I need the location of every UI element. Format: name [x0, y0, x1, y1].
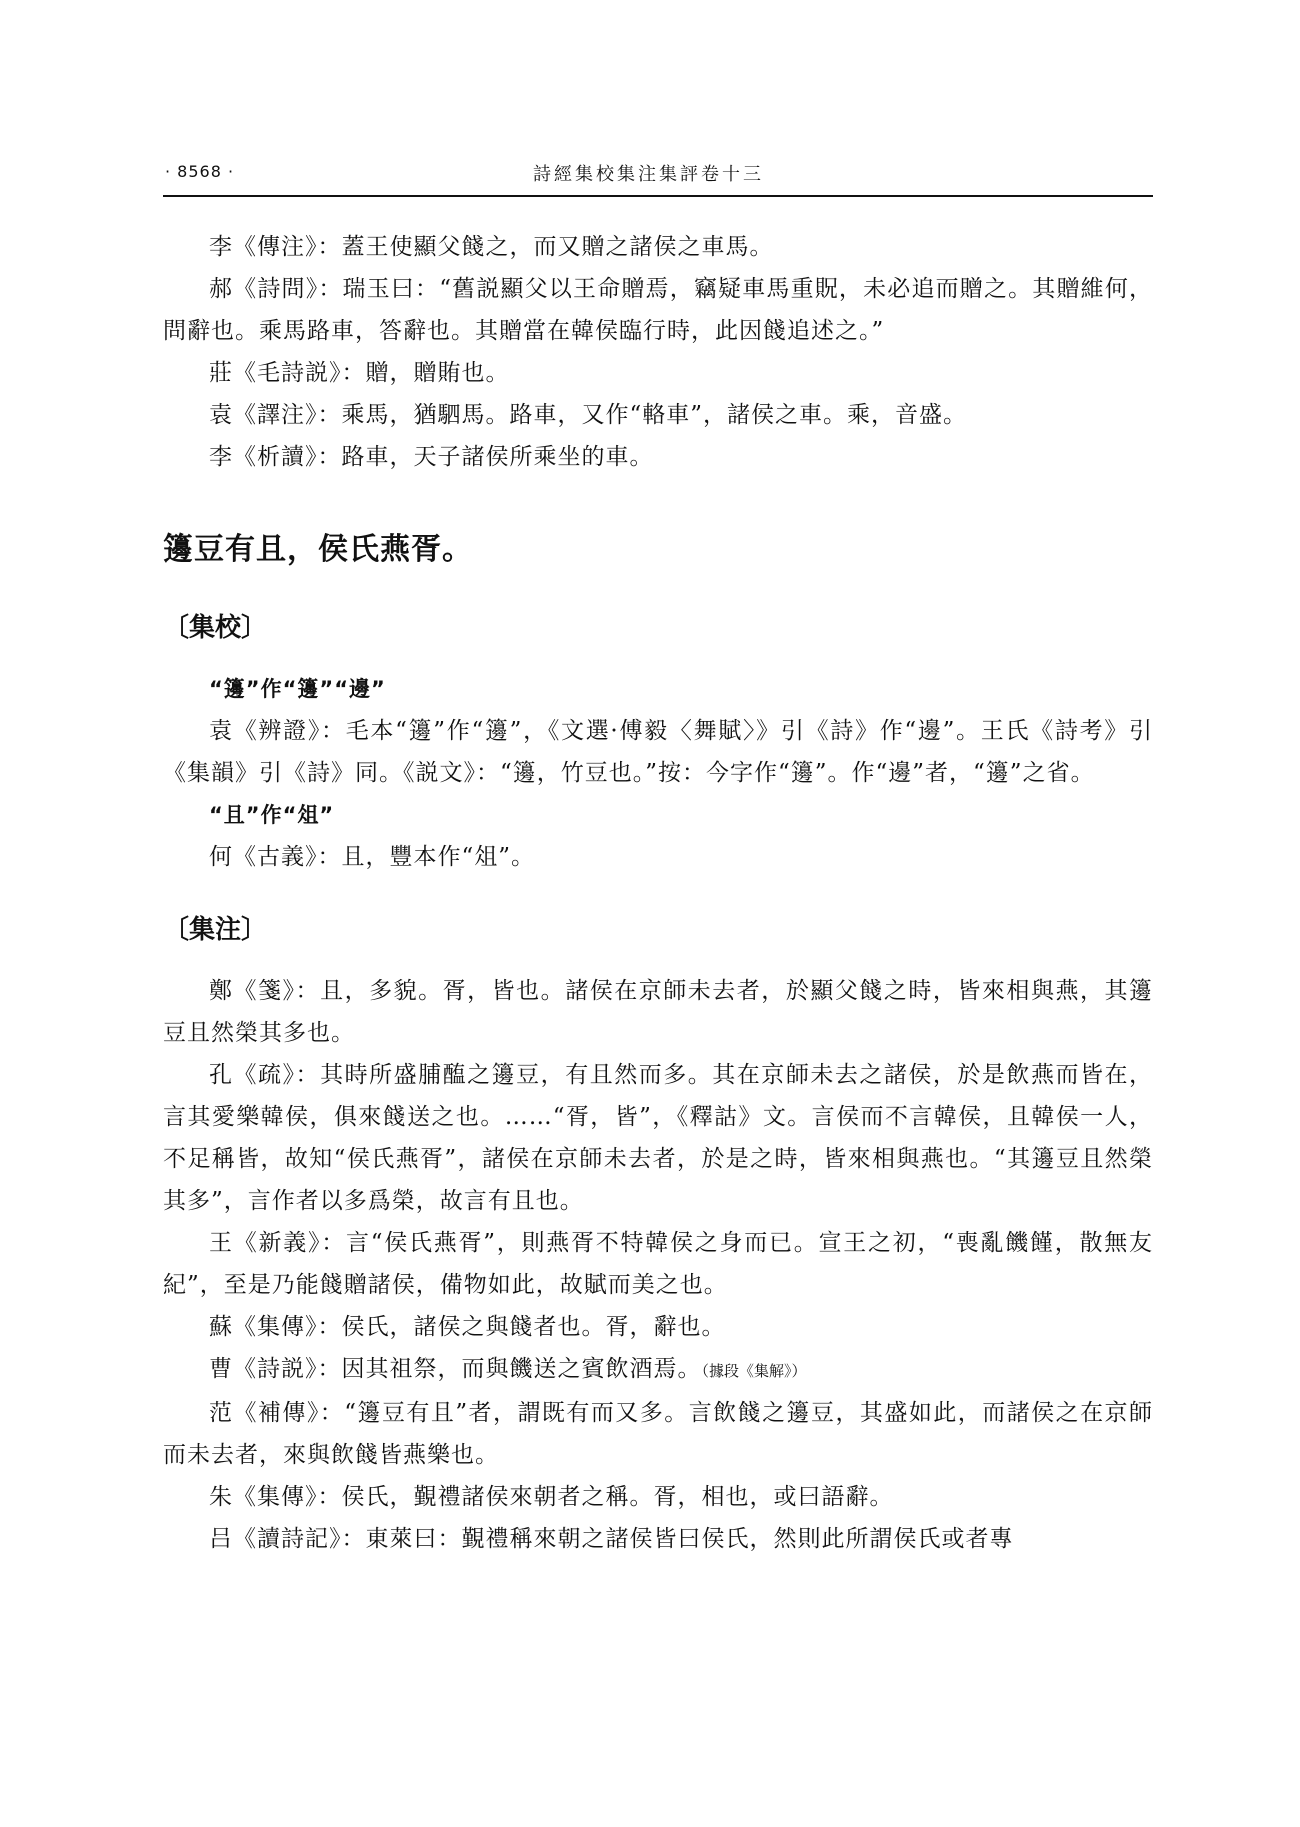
note-paragraph: 袁《譯注》：乘馬，猶駟馬。路車，又作“輅車”，諸侯之車。乘，音盛。: [163, 394, 1153, 436]
commentary-paragraph: 孔《疏》：其時所盛脯醢之籩豆，有且然而多。其在京師未去之諸侯，於是飲燕而皆在，言…: [163, 1054, 1153, 1222]
collation-paragraph: 袁《辨證》：毛本“籩”作“籩”，《文選·傅毅〈舞賦〉》引《詩》作“邊”。王氏《詩…: [163, 710, 1153, 794]
collation-subhead: “籩”作“籩”“邊”: [163, 668, 1153, 710]
note-paragraph: 莊《毛詩説》：贈，贈賄也。: [163, 352, 1153, 394]
body-text: 李《傳注》：蓋王使顯父餞之，而又贈之諸侯之車馬。 郝《詩問》：瑞玉曰：“舊説顯父…: [163, 226, 1153, 1560]
commentary-paragraph: 吕《讀詩記》：東萊曰：覲禮稱來朝之諸侯皆曰侯氏，然則此所謂侯氏或者專: [163, 1518, 1153, 1560]
commentary-paragraph: 朱《集傳》：侯氏，覲禮諸侯來朝者之稱。胥，相也，或曰語辭。: [163, 1476, 1153, 1518]
running-title: 詩經集校集注集評卷十三: [533, 160, 764, 186]
commentary-paragraph: 曹《詩説》：因其祖祭，而與饑送之賓飲酒焉。（據段《集解》）: [163, 1348, 1153, 1392]
note-paragraph: 郝《詩問》：瑞玉曰：“舊説顯父以王命贈焉，竊疑車馬重貺，未必追而贈之。其贈維何，…: [163, 268, 1153, 352]
commentary-paragraph: 范《補傳》：“籩豆有且”者，謂既有而又多。言飲餞之籩豆，其盛如此，而諸侯之在京師…: [163, 1392, 1153, 1476]
page-number: · 8568 ·: [165, 162, 234, 181]
commentary-paragraph: 蘇《集傳》：侯氏，諸侯之與餞者也。胥，辭也。: [163, 1306, 1153, 1348]
note-paragraph: 李《傳注》：蓋王使顯父餞之，而又贈之諸侯之車馬。: [163, 226, 1153, 268]
commentary-paragraph: 鄭《箋》：且，多貌。胥，皆也。諸侯在京師未去者，於顯父餞之時，皆來相與燕，其籩豆…: [163, 970, 1153, 1054]
running-head: · 8568 · 詩經集校集注集評卷十三: [163, 158, 1153, 188]
commentary-text: 曹《詩説》：因其祖祭，而與饑送之賓飲酒焉。: [209, 1356, 702, 1382]
verse-line: 籩豆有且，侯氏燕胥。: [163, 530, 1153, 570]
collation-subhead: “且”作“俎”: [163, 794, 1153, 836]
collation-paragraph: 何《古義》：且，豐本作“俎”。: [163, 836, 1153, 878]
commentary-paragraph: 王《新義》：言“侯氏燕胥”，則燕胥不特韓侯之身而已。宣王之初，“喪亂饑饉，散無友…: [163, 1222, 1153, 1306]
note-paragraph: 李《析讀》：路車，天子諸侯所乘坐的車。: [163, 436, 1153, 478]
section-heading-jizhu: 〔集注〕: [163, 912, 1153, 948]
header-rule: [163, 195, 1153, 197]
source-note: （據段《集解》）: [702, 1362, 807, 1380]
section-heading-jiaoshu: 〔集校〕: [163, 610, 1153, 646]
